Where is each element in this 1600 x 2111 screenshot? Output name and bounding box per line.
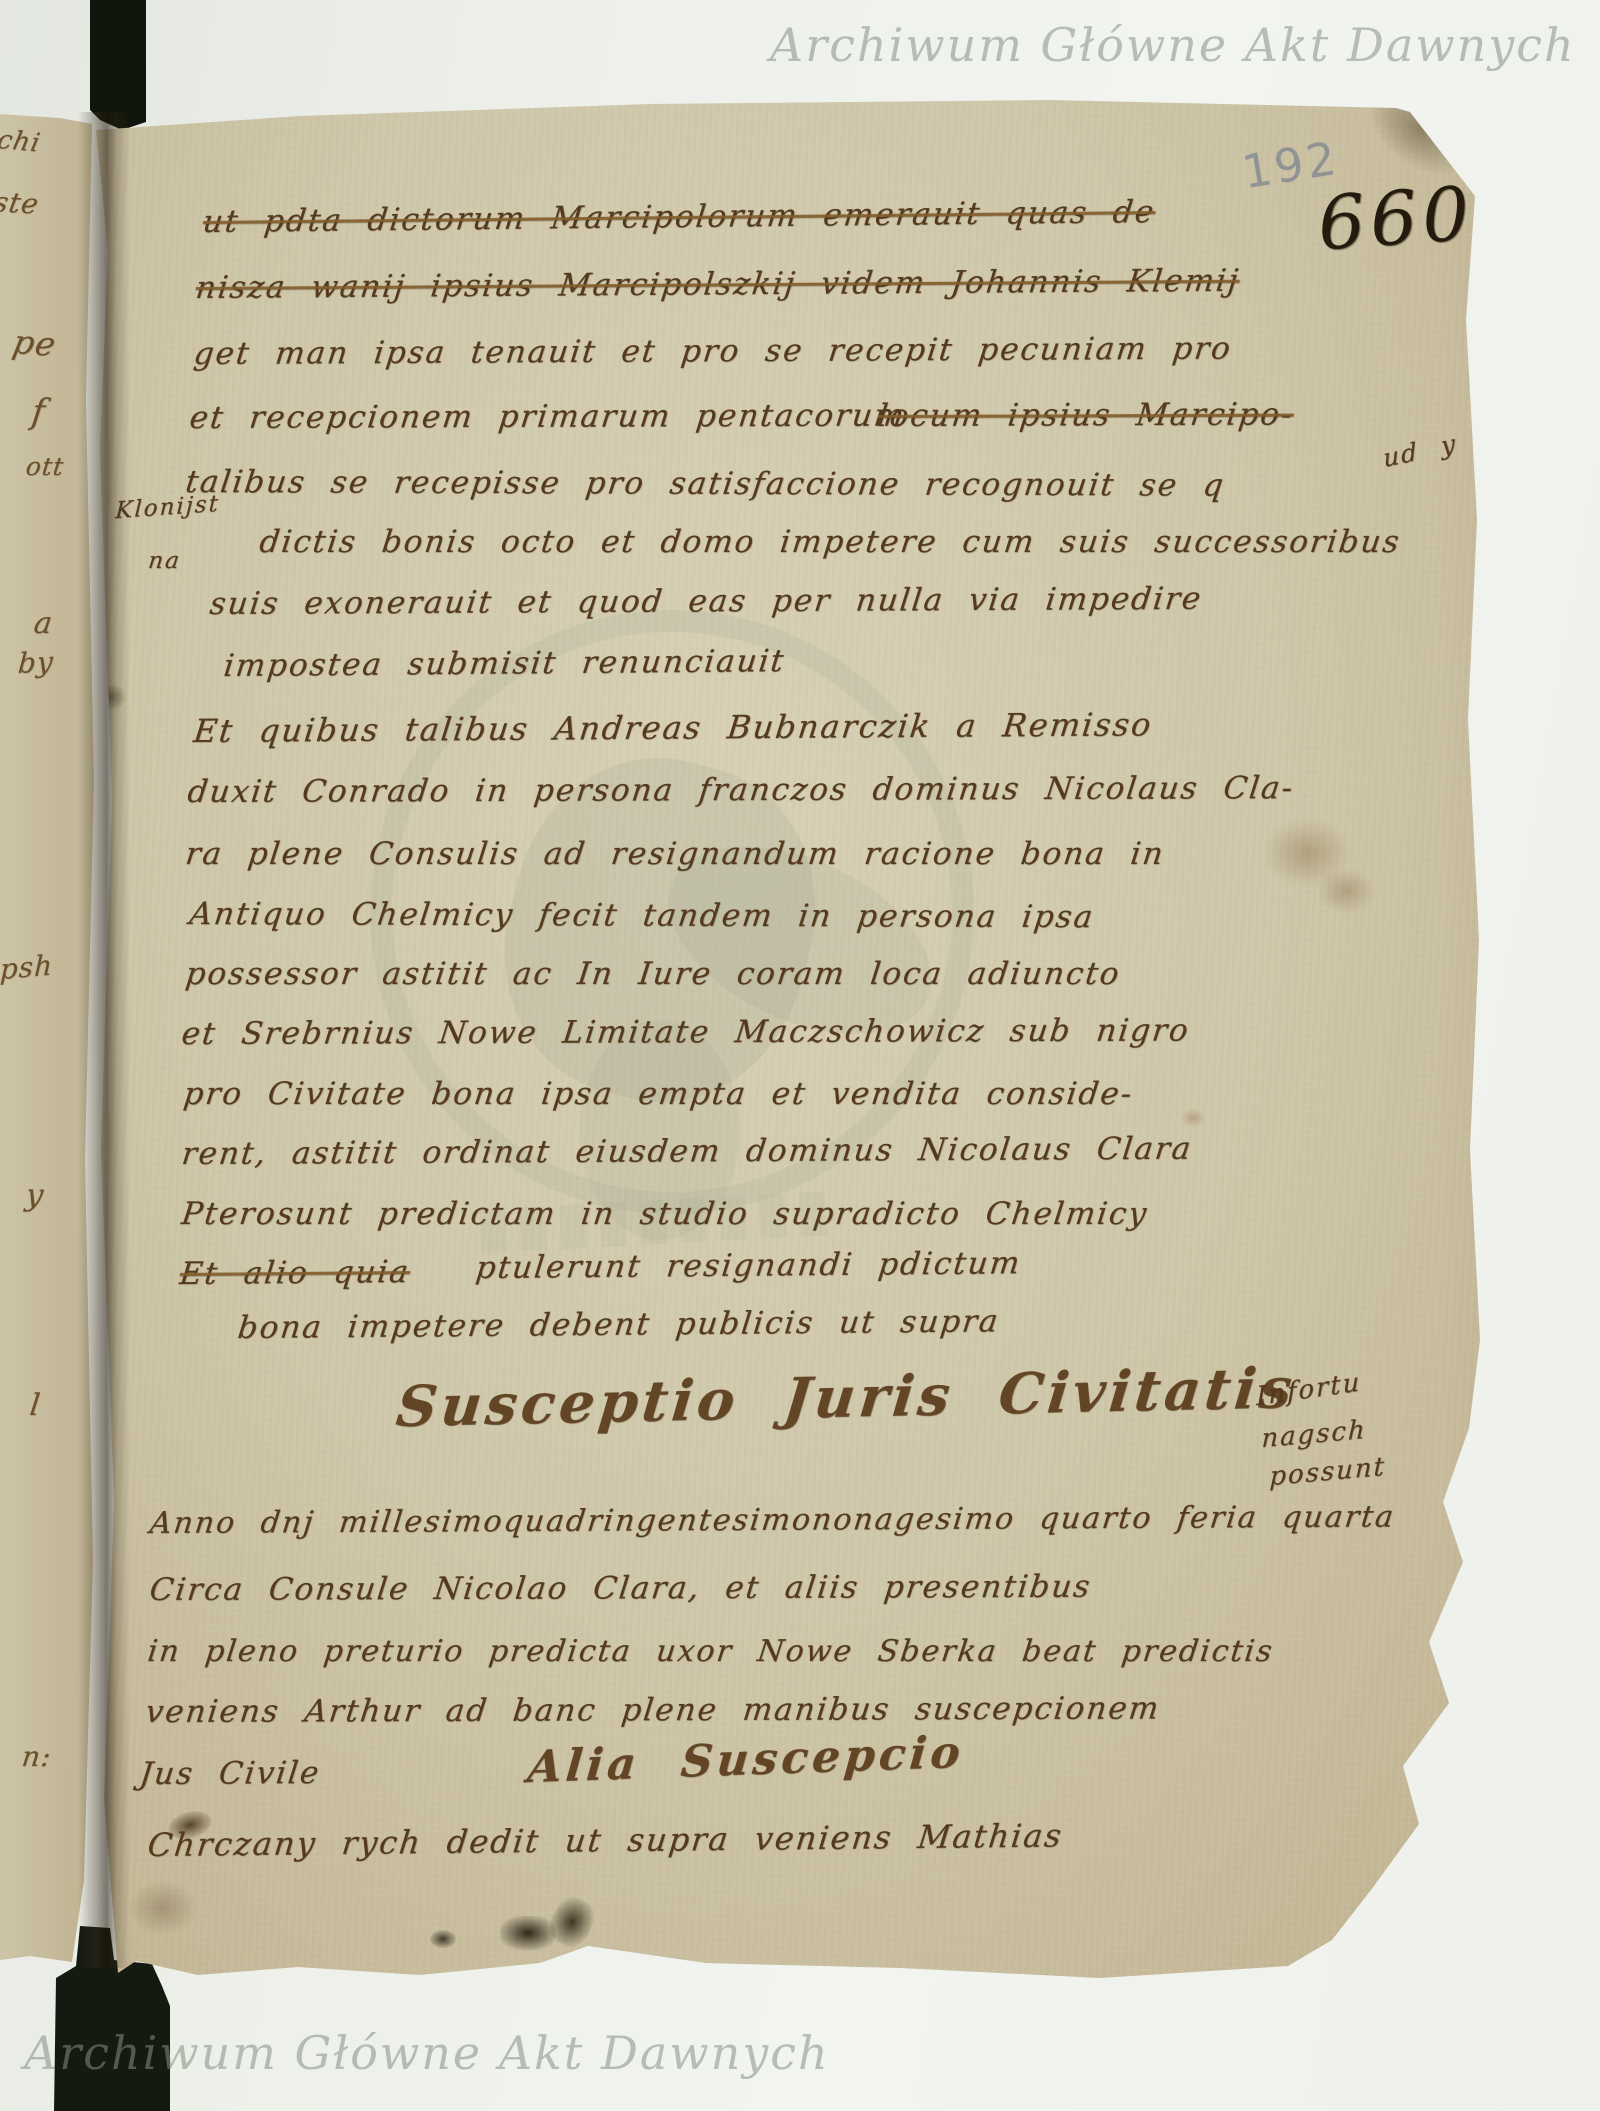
ink-blot-bottom-2 [544,1892,601,1952]
stain-bottom-left [128,1880,198,1936]
folio-number-ink: 660 [1315,171,1477,268]
manuscript-line: duxit Conrado in persona franczos dominu… [186,770,1297,810]
manuscript-fragment: y [24,1178,46,1213]
manuscript-line: Anno dnj millesimoquadringentesimononage… [148,1499,1397,1541]
manuscript-line: possessor astitit ac In Iure coram loca … [184,956,1123,992]
manuscript-line: talibus se recepisse pro satisfaccione r… [183,464,1227,504]
manuscript-line: Klonijst [115,491,221,524]
manuscript-line: dictis bonis octo et domo impetere cum s… [258,524,1403,560]
manuscript-line: suis exonerauit et quod eas per nulla vi… [208,581,1205,622]
archive-watermark-bottom: Archiwum Główne Akt Dawnych [24,2026,830,2080]
manuscript-fragment: oste [0,184,42,220]
manuscript-fragment: l [28,1388,43,1423]
manuscript-fragment: e, pe [0,319,60,364]
manuscript-line: ut pdta dictorum Marcipolorum emerauit q… [201,194,1157,240]
manuscript-line: veniens Arthur ad banc plene manibus sus… [144,1690,1163,1730]
manuscript-line: Pterosunt predictam in studio supradicto… [180,1196,1151,1232]
manuscript-fragment: by [17,645,55,680]
manuscript-line: na [147,548,183,574]
stain-mid-right-2 [1316,868,1376,914]
manuscript-line: Chrczany rych dedit ut supra veniens Mat… [146,1816,1065,1864]
manuscript-fragment: n: [20,1740,54,1773]
manuscript-fragment: ott [24,452,66,481]
manuscript-line: ud y [1382,428,1458,473]
manuscript-fragment: lopsh [0,948,54,988]
manuscript-line: Circa Consule Nicolao Clara, et aliis pr… [148,1569,1094,1608]
manuscript-line: in pleno preturio predicta uxor Nowe Sbe… [146,1634,1276,1669]
manuscript-line: Et alio quia [178,1254,412,1292]
manuscript-line: locum ipsius Marcipo- [876,397,1296,434]
manuscript-line: get man ipsa tenauit et pro se recepit p… [192,331,1234,372]
manuscript-line: et recepcionem primarum pentacorum [188,398,908,437]
manuscript-line: rent, astitit ordinat eiusdem dominus Ni… [180,1131,1195,1172]
manuscript-line: Susceptio Juris Civitatis [393,1355,1299,1440]
manuscript-line: ptulerunt resignandi pdictum [474,1245,1023,1286]
manuscript-line: possunt [1269,1452,1387,1492]
manuscript-line: impostea submisit renunciauit [222,643,787,684]
paper-texture [0,0,1600,2111]
manuscript-line: Et quibus talibus Andreas Bubnarczik a R… [192,705,1155,750]
archive-watermark-top: Archiwum Główne Akt Dawnych [770,18,1576,72]
stain-foxing [1180,1108,1206,1128]
stain-mid-right [1262,818,1352,888]
manuscript-line: et Srebrnius Nowe Limitate Maczschowicz … [180,1012,1192,1052]
manuscript-line: nisza wanij ipsius Marcipolszkij videm J… [194,263,1242,306]
manuscript-fragment: a [32,606,55,641]
gutter-shadow [78,112,130,1968]
manuscript-line: Antiquo Chelmicy fecit tandem in persona… [187,896,1096,935]
manuscript-line: Jus Civile [138,1755,323,1792]
manuscript-fragment: pchi [0,124,43,159]
manuscript-line: pro Civitate bona ipsa empta et vendita … [182,1076,1136,1112]
manuscript-line: ra plene Consulis ad resignandum racione… [184,836,1167,872]
manuscript-page: 192 660 ut pdta dictorum Marcipolorum em… [0,0,1600,2111]
manuscript-line: Alia Suscepcio [526,1727,967,1793]
manuscript-fragment: f [30,392,49,432]
scanned-manuscript-document: pchiostee, pefottabylopshyln: 192 660 ut… [0,0,1600,2111]
spine-strap-top [90,0,146,130]
manuscript-line: bona impetere debent publicis ut supra [236,1303,1002,1346]
ink-blot-bottom-1 [500,1916,556,1950]
ink-blot-bottom-3 [430,1930,456,1948]
